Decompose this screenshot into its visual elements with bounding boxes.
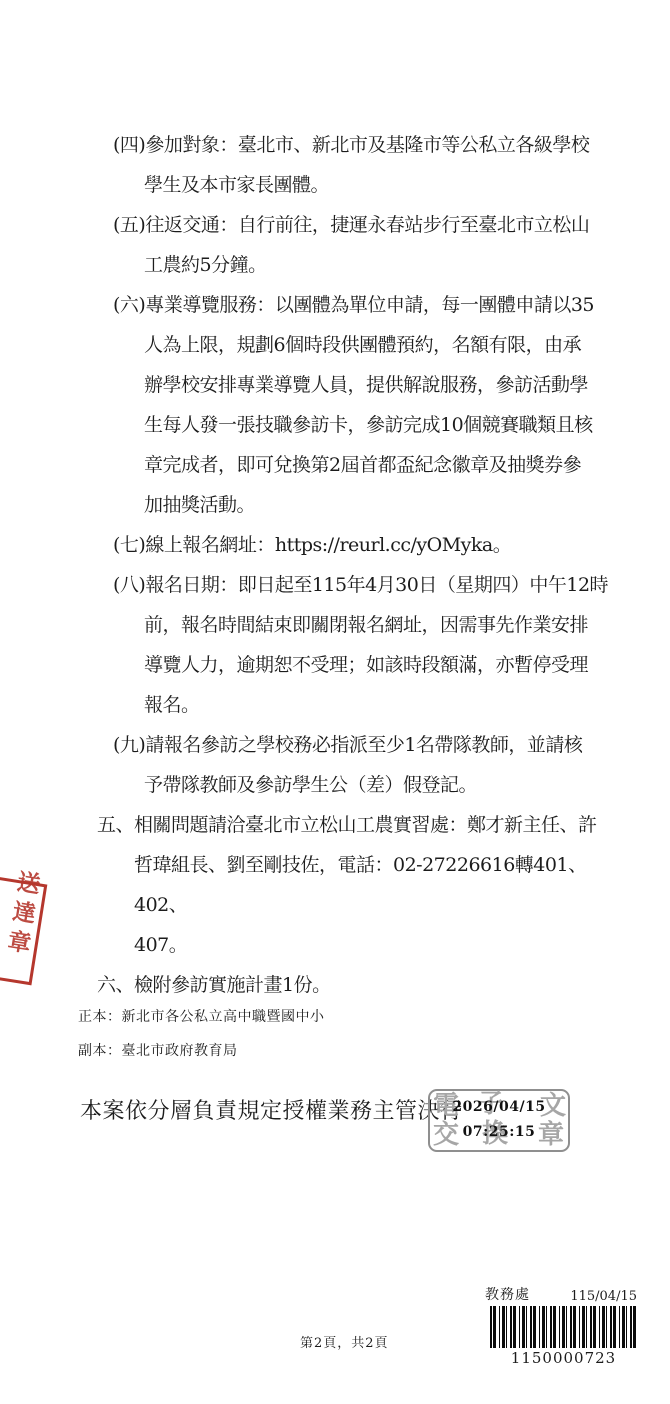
item-text: 專業導覽服務：以團體為單位申請，每一團體申請以35 人為上限，規劃6個時段供團體… xyxy=(144,294,594,516)
decision-line: 本案依分層負責規定授權業務主管決行 xyxy=(80,1094,463,1125)
item-marker: 六、 xyxy=(97,974,134,996)
item-text: 參加對象：臺北市、新北市及基隆市等公私立各級學校 學生及本市家長團體。 xyxy=(144,134,589,196)
barcode-number: 1150000723 xyxy=(490,1349,637,1367)
list-item-main-5: 五、相關問題請洽臺北市立松山工農實習處：鄭才新主任、許 哲瑋組長、劉至剛技佐，電… xyxy=(97,805,613,965)
barcode-header: 教務處 115/04/15 xyxy=(485,1284,637,1304)
carbon-copy-line: 副本：臺北市政府教育局 xyxy=(78,1034,325,1068)
page-number-footer: 第2頁，共2頁 xyxy=(300,1332,389,1351)
recipients-block: 正本：新北市各公私立高中職暨國中小 副本：臺北市政府教育局 xyxy=(78,1000,325,1068)
stamp-timestamp: 2026/04/15 07:25:15 xyxy=(430,1095,568,1145)
document-page: (四)參加對象：臺北市、新北市及基隆市等公私立各級學校 學生及本市家長團體。 (… xyxy=(0,0,670,1404)
item-text: 報名日期：即日起至115年4月30日（星期四）中午12時 前，報名時間結束即關閉… xyxy=(144,574,608,716)
list-item-7: (七)線上報名網址：https://reurl.cc/yOMyka。 xyxy=(113,525,613,565)
item-marker: 五、 xyxy=(97,814,134,836)
barcode-date: 115/04/15 xyxy=(570,1289,637,1304)
item-marker: (八) xyxy=(113,574,145,596)
barcode xyxy=(490,1306,637,1348)
item-text: 請報名參訪之學校務必指派至少1名帶隊教師，並請核 予帶隊教師及參訪學生公（差）假… xyxy=(144,734,582,796)
stamp-date: 2026/04/15 xyxy=(430,1095,568,1120)
item-marker: (四) xyxy=(113,134,145,156)
item-marker: (五) xyxy=(113,214,145,236)
department-label: 教務處 xyxy=(485,1284,530,1304)
item-marker: (六) xyxy=(113,294,145,316)
list-item-9: (九)請報名參訪之學校務必指派至少1名帶隊教師，並請核 予帶隊教師及參訪學生公（… xyxy=(113,725,613,805)
list-item-8: (八)報名日期：即日起至115年4月30日（星期四）中午12時 前，報名時間結束… xyxy=(113,565,613,725)
red-delivery-stamp: 送達章 xyxy=(0,869,47,986)
item-text-url: 線上報名網址：https://reurl.cc/yOMyka。 xyxy=(145,534,511,556)
document-body: (四)參加對象：臺北市、新北市及基隆市等公私立各級學校 學生及本市家長團體。 (… xyxy=(97,125,613,1005)
item-text: 檢附參訪實施計畫1份。 xyxy=(134,974,331,996)
list-item-main-6: 六、檢附參訪實施計畫1份。 xyxy=(97,965,613,1005)
item-text: 相關問題請洽臺北市立松山工農實習處：鄭才新主任、許 哲瑋組長、劉至剛技佐，電話：… xyxy=(134,814,597,956)
list-item-5: (五)往返交通：自行前往，捷運永春站步行至臺北市立松山 工農約5分鐘。 xyxy=(113,205,613,285)
original-copy-line: 正本：新北市各公私立高中職暨國中小 xyxy=(78,1000,325,1034)
red-stamp-text: 送達章 xyxy=(3,869,40,961)
item-marker: (九) xyxy=(113,734,145,756)
item-marker: (七) xyxy=(113,534,145,556)
list-item-4: (四)參加對象：臺北市、新北市及基隆市等公私立各級學校 學生及本市家長團體。 xyxy=(113,125,613,205)
stamp-time: 07:25:15 xyxy=(430,1120,568,1145)
item-text: 往返交通：自行前往，捷運永春站步行至臺北市立松山 工農約5分鐘。 xyxy=(144,214,589,276)
list-item-6: (六)專業導覽服務：以團體為單位申請，每一團體申請以35 人為上限，規劃6個時段… xyxy=(113,285,613,525)
electronic-exchange-stamp: 電 子 文 交 換 章 2026/04/15 07:25:15 xyxy=(428,1089,570,1152)
